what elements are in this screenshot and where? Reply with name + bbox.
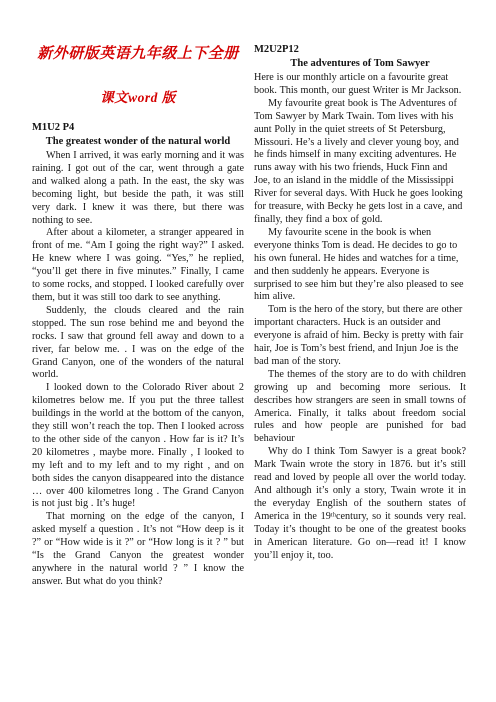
document-subtitle: 课文word 版 [32, 89, 244, 106]
passage-paragraph: My favourite scene in the book is when e… [254, 227, 466, 304]
passage-paragraph: I looked down to the Colorado River abou… [32, 382, 244, 511]
passage-paragraph: My favourite great book is The Adventure… [254, 98, 466, 227]
passage-paragraph: Here is our monthly article on a favouri… [254, 72, 466, 98]
passage-heading-grand-canyon: The greatest wonder of the natural world [32, 135, 244, 148]
passage-paragraph: After about a kilometer, a stranger appe… [32, 227, 244, 304]
passage-paragraph: Tom is the hero of the story, but there … [254, 304, 466, 369]
right-column: M2U2P12 The adventures of Tom Sawyer Her… [254, 38, 466, 702]
document-title: 新外研版英语九年级上下全册 [32, 44, 244, 64]
document-page: 新外研版英语九年级上下全册 课文word 版 M1U2 P4 The great… [0, 0, 496, 702]
passage-paragraph: That morning on the edge of the canyon, … [32, 511, 244, 588]
passage-paragraph: When I arrived, it was early morning and… [32, 150, 244, 227]
lesson-code-m1u2-p4: M1U2 P4 [32, 121, 244, 134]
passage-heading-tom-sawyer: The adventures of Tom Sawyer [254, 57, 466, 70]
passage-paragraph: Why do I think Tom Sawyer is a great boo… [254, 446, 466, 562]
passage-paragraph: Suddenly, the clouds cleared and the rai… [32, 305, 244, 382]
lesson-code-m2u2-p12: M2U2P12 [254, 43, 466, 56]
left-column: 新外研版英语九年级上下全册 课文word 版 M1U2 P4 The great… [32, 38, 244, 702]
passage-paragraph: The themes of the story are to do with c… [254, 369, 466, 446]
